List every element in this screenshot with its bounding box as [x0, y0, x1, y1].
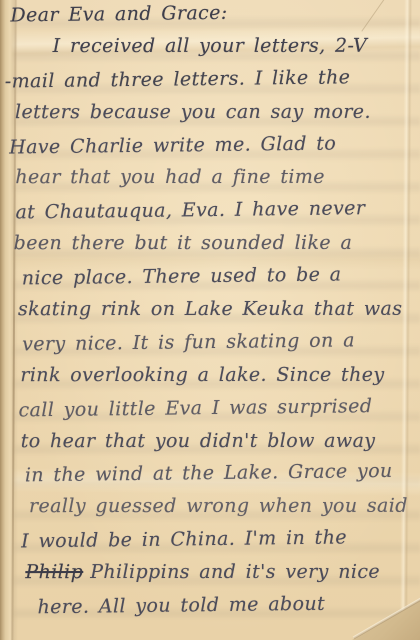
letter-line: here. All you told me about [37, 587, 420, 625]
letter-line: been there but it sounded like a [14, 227, 420, 260]
letter-line: at Chautauqua, Eva. I have never [15, 192, 419, 230]
letter-line: very nice. It is fun skating on a [22, 323, 420, 361]
letter-line: call you little Eva I was surprised [18, 389, 420, 427]
letter-paper: Dear Eva and Grace: I received all your … [0, 0, 420, 640]
letter-line: I would be in China. I'm in the [21, 521, 420, 559]
letter-line: PhilipPhilippins and it's very nice [25, 556, 420, 589]
letter-line: Have Charlie write me. Glad to [9, 126, 419, 164]
letter-line-text: Philippins and it's very nice [90, 561, 380, 583]
letter-line: skating rink on Lake Keuka that was [18, 293, 420, 326]
letter-line: hear that you had a fine time [15, 161, 419, 194]
letter-line: I received all your letters, 2-V [53, 30, 419, 63]
letter-salutation: Dear Eva and Grace: [10, 0, 418, 32]
letter-line: rink overlooking a lake. Since they [20, 359, 420, 392]
letter-line: to hear that you didn't blow away [21, 424, 420, 457]
letter-photo: Dear Eva and Grace: I received all your … [0, 0, 420, 640]
crossed-out-word: Philip [25, 561, 83, 583]
letter-line: nice place. There used to be a [22, 258, 420, 296]
letter-line: really guessed wrong when you said [29, 490, 420, 523]
letter-line: -mail and three letters. I like the [5, 60, 419, 98]
letter-line: in the wind at the Lake. Grace you [25, 455, 420, 493]
letter-text: Dear Eva and Grace: I received all your … [0, 0, 420, 623]
letter-line: letters because you can say more. [15, 95, 419, 128]
